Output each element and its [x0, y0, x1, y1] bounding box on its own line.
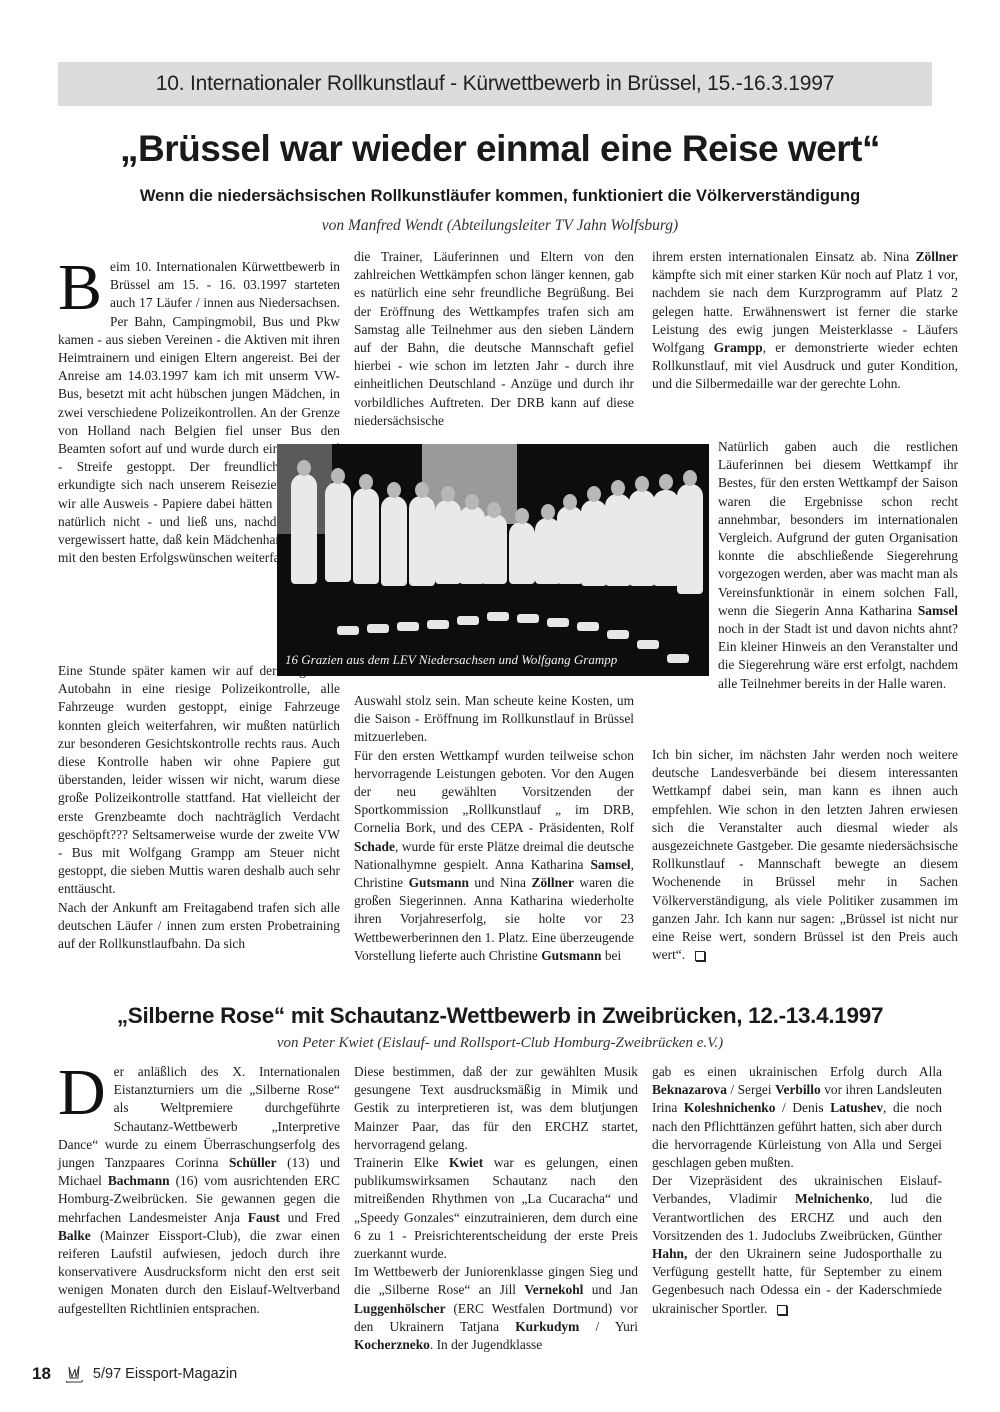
- name-bold: Gutsmann: [541, 948, 601, 963]
- event-banner: 10. Internationaler Rollkunstlauf - Kürw…: [58, 62, 932, 106]
- name-bold: Verbillo: [775, 1082, 821, 1097]
- name-bold: Gutsmann: [409, 875, 469, 890]
- paragraph: Der Vizepräsident des ukrainischen Eisla…: [652, 1172, 942, 1318]
- paragraph: gab es einen ukrainischen Erfolg durch A…: [652, 1063, 942, 1172]
- article2-byline: von Peter Kwiet (Eislauf- und Rollsport-…: [0, 1035, 1000, 1052]
- paragraph: Im Wettbewerb der Juniorenklasse gingen …: [354, 1263, 638, 1354]
- name-bold: Balke: [58, 1228, 91, 1243]
- end-of-article-mark: [695, 951, 705, 961]
- paragraph: Ich bin sicher, im nächsten Jahr werden …: [652, 746, 958, 964]
- article1-column-3: ihrem ersten internationalen Einsatz ab.…: [652, 248, 958, 394]
- end-of-article-mark: [777, 1305, 787, 1315]
- article2-column-2: Diese bestimmen, daß der zur gewählten M…: [354, 1063, 638, 1354]
- paragraph: die Trainer, Läuferinnen und Eltern von …: [354, 248, 634, 430]
- skate-logo-icon: [63, 1363, 85, 1385]
- paragraph: Der anläßlich des X. Internationalen Eis…: [58, 1063, 340, 1318]
- article1-column-2-cont: Auswahl stolz sein. Man scheute keine Ko…: [354, 692, 634, 965]
- name-bold: Samsel: [590, 857, 630, 872]
- name-bold: Hahn,: [652, 1246, 687, 1261]
- name-bold: Zöllner: [532, 875, 574, 890]
- article2-column-1: Der anläßlich des X. Internationalen Eis…: [58, 1063, 340, 1318]
- name-bold: Kwiet: [449, 1155, 483, 1170]
- article1-column-1-cont: Eine Stunde später kamen wir auf der bel…: [58, 662, 340, 953]
- name-bold: Samsel: [918, 603, 958, 618]
- article-headline: „Brüssel war wieder einmal eine Reise we…: [0, 128, 1000, 170]
- name-bold: Koleshnichenko: [684, 1100, 776, 1115]
- article1-column-3-cont: Ich bin sicher, im nächsten Jahr werden …: [652, 746, 958, 964]
- name-bold: Bachmann: [108, 1173, 170, 1188]
- team-photo: 16 Grazien aus dem LEV Niedersachsen und…: [277, 444, 709, 676]
- article-subheadline: Wenn die niedersächsischen Rollkunstläuf…: [0, 187, 1000, 206]
- photo-caption: 16 Grazien aus dem LEV Niedersachsen und…: [285, 652, 617, 668]
- name-bold: Beknazarova: [652, 1082, 727, 1097]
- article1-column-3-wrap: Natürlich gaben auch die restlichen Läuf…: [718, 438, 958, 693]
- paragraph: Trainerin Elke Kwiet war es gelungen, ei…: [354, 1154, 638, 1263]
- paragraph: Auswahl stolz sein. Man scheute keine Ko…: [354, 692, 634, 747]
- paragraph: Diese bestimmen, daß der zur gewählten M…: [354, 1063, 638, 1154]
- drop-cap: D: [58, 1067, 106, 1119]
- article2-headline: „Silberne Rose“ mit Schautanz-Wettbewerb…: [0, 1003, 1000, 1029]
- paragraph: Für den ersten Wettkampf wurden teilweis…: [354, 747, 634, 965]
- name-bold: Vernekohl: [524, 1282, 583, 1297]
- article-byline: von Manfred Wendt (Abteilungsleiter TV J…: [0, 217, 1000, 235]
- name-bold: Kocherzneko: [354, 1337, 430, 1352]
- name-bold: Melnichenko: [795, 1191, 869, 1206]
- name-bold: Luggenhölscher: [354, 1301, 446, 1316]
- name-bold: Schade: [354, 839, 395, 854]
- page-footer: 18 5/97 Eissport-Magazin: [32, 1363, 237, 1385]
- paragraph: Eine Stunde später kamen wir auf der bel…: [58, 662, 340, 899]
- magazine-page: 10. Internationaler Rollkunstlauf - Kürw…: [0, 0, 1000, 1412]
- paragraph: ihrem ersten internationalen Einsatz ab.…: [652, 248, 958, 394]
- drop-cap: B: [58, 262, 102, 314]
- page-number: 18: [32, 1364, 51, 1384]
- name-bold: Schüller: [229, 1155, 277, 1170]
- name-bold: Kurkudym: [515, 1319, 579, 1334]
- name-bold: Faust: [248, 1210, 280, 1225]
- name-bold: Zöllner: [916, 249, 958, 264]
- event-banner-text: 10. Internationaler Rollkunstlauf - Kürw…: [156, 72, 834, 95]
- name-bold: Grampp: [714, 340, 763, 355]
- paragraph: Natürlich gaben auch die restlichen Läuf…: [718, 438, 958, 693]
- article1-column-2: die Trainer, Läuferinnen und Eltern von …: [354, 248, 634, 430]
- article2-column-3: gab es einen ukrainischen Erfolg durch A…: [652, 1063, 942, 1318]
- name-bold: Latushev: [830, 1100, 883, 1115]
- paragraph: Nach der Ankunft am Freitagabend trafen …: [58, 899, 340, 954]
- magazine-issue: 5/97 Eissport-Magazin: [93, 1366, 237, 1382]
